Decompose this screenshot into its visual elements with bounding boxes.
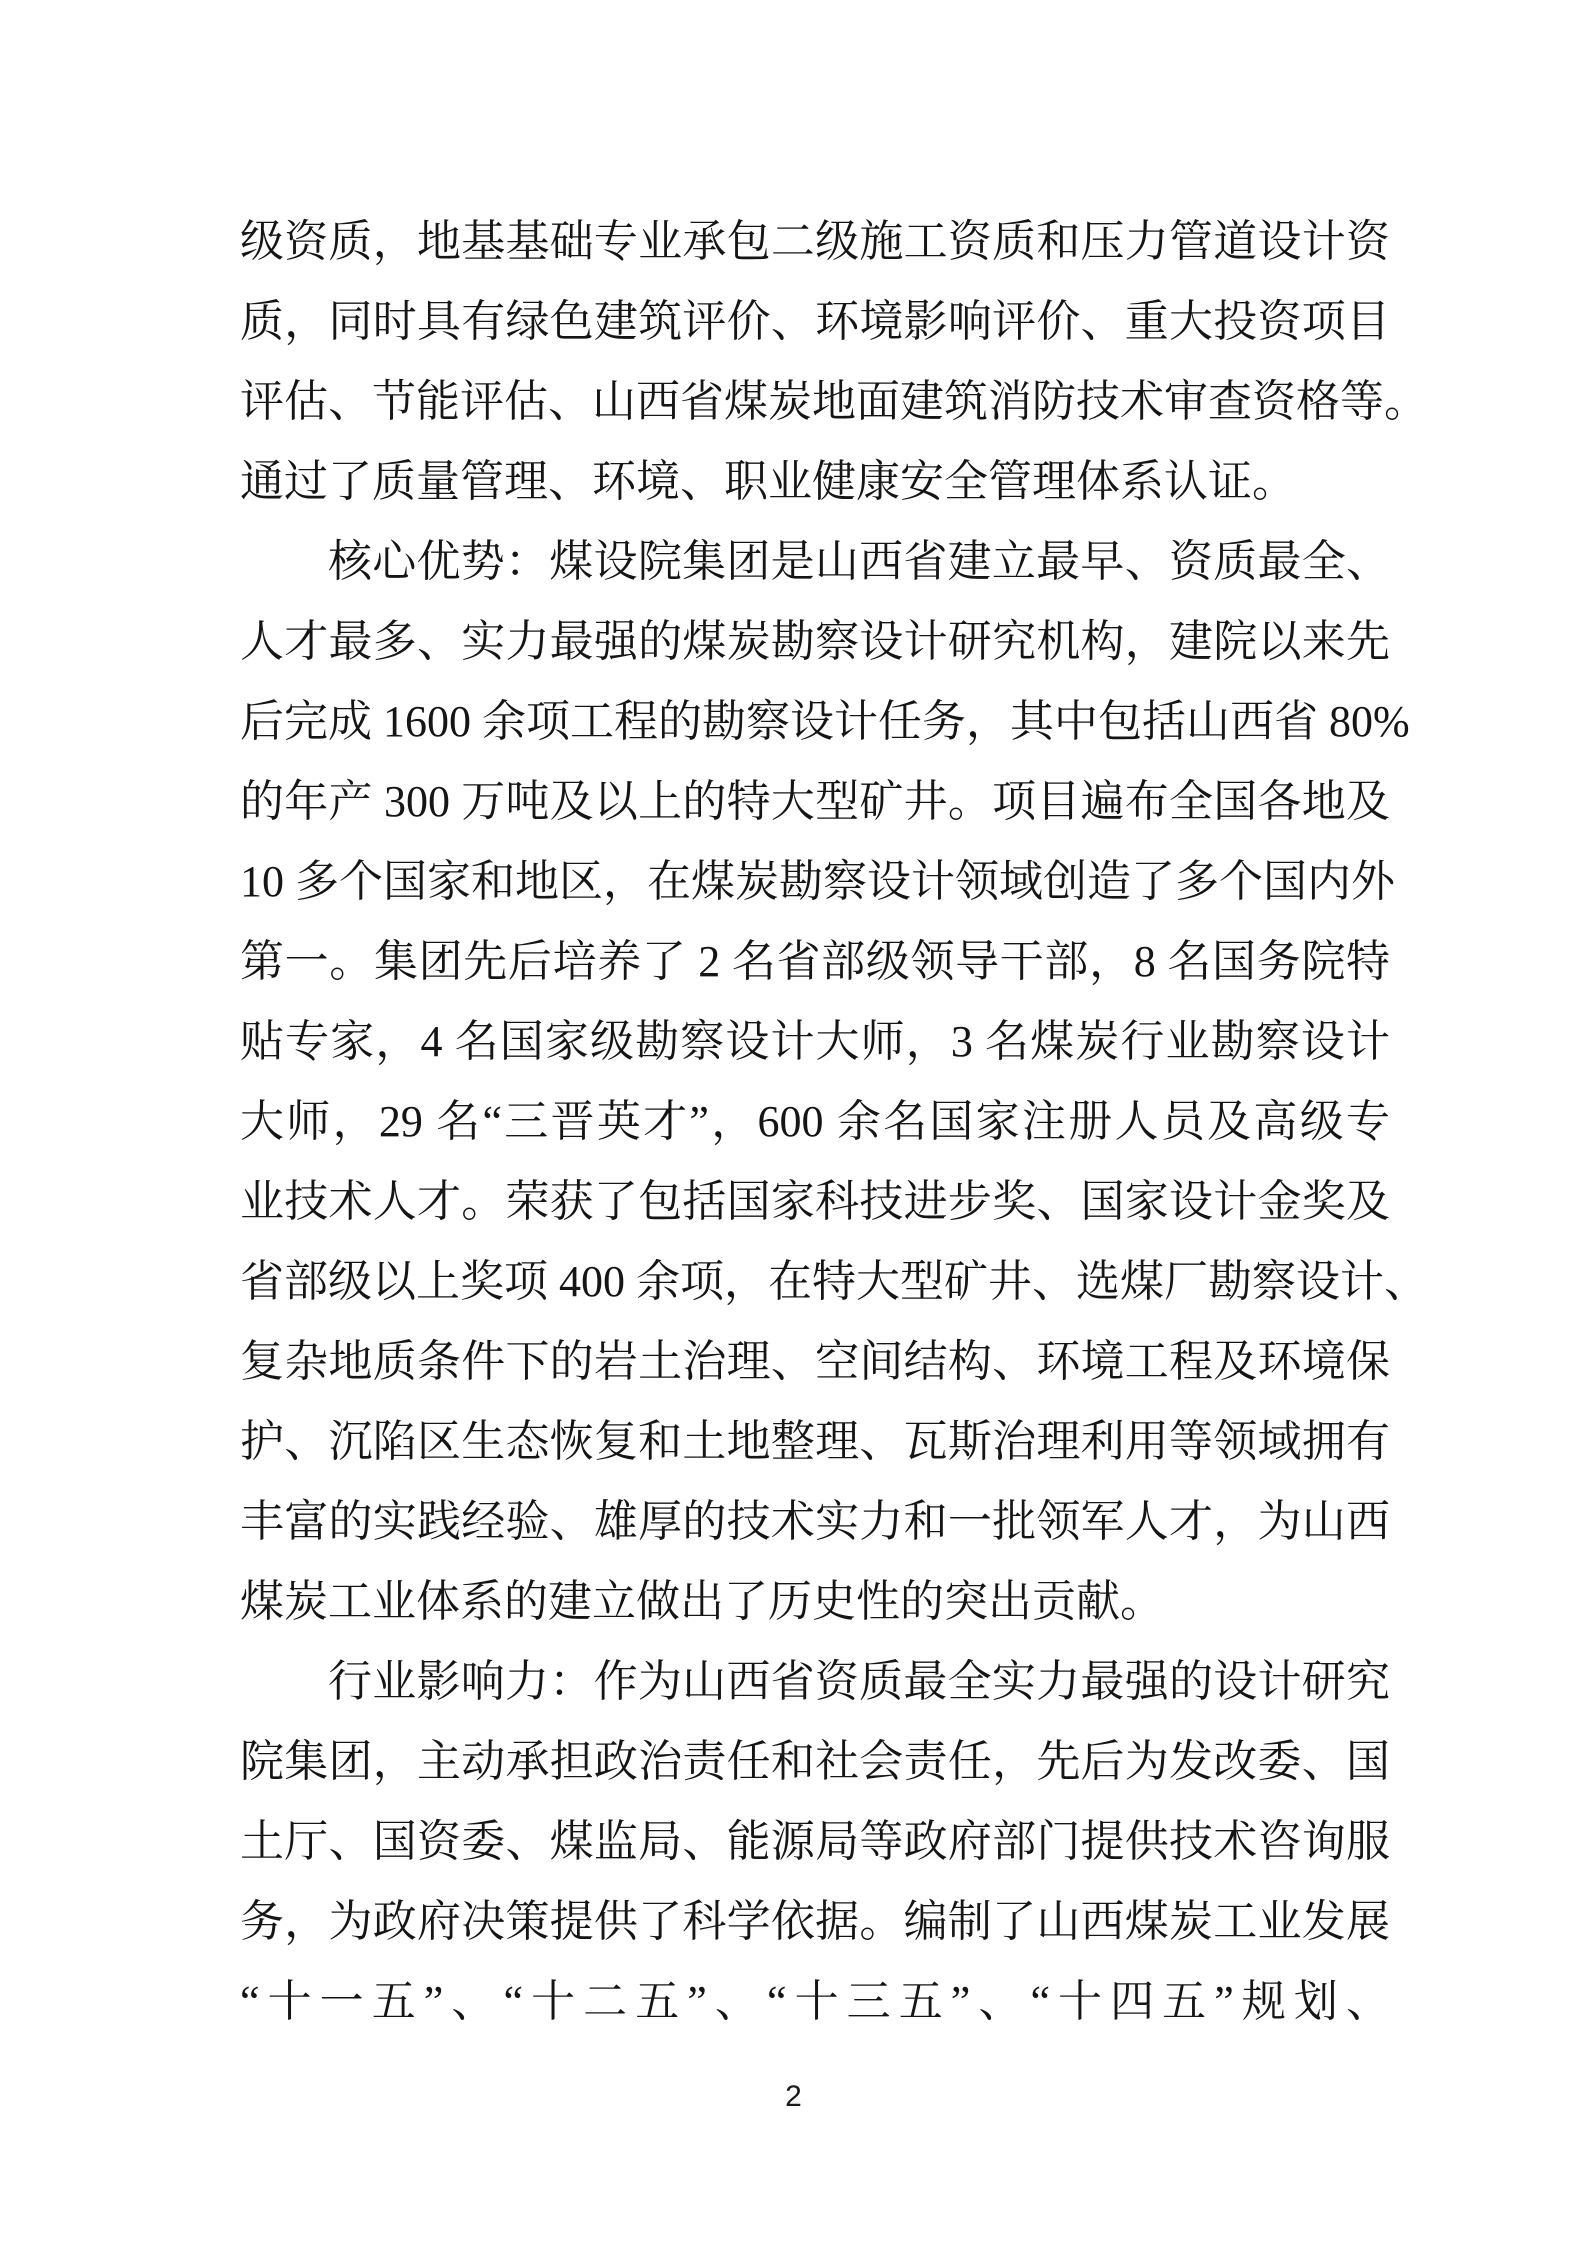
text-line: 省部级以上奖项 400 余项，在特大型矿井、选煤厂勘察设计、: [240, 1242, 1390, 1322]
text-line: 行业影响力：作为山西省资质最全实力最强的设计研究: [240, 1642, 1390, 1722]
text-line: 人才最多、实力最强的煤炭勘察设计研究机构，建院以来先: [240, 602, 1390, 682]
text-block: 级资质，地基基础专业承包二级施工资质和压力管道设计资质，同时具有绿色建筑评价、环…: [240, 202, 1390, 2042]
text-line: 土厅、国资委、煤监局、能源局等政府部门提供技术咨询服: [240, 1802, 1390, 1882]
text-line: 护、沉陷区生态恢复和土地整理、瓦斯治理利用等领域拥有: [240, 1402, 1390, 1482]
text-line: 级资质，地基基础专业承包二级施工资质和压力管道设计资: [240, 202, 1390, 282]
text-line: 核心优势：煤设院集团是山西省建立最早、资质最全、: [240, 522, 1390, 602]
text-line: 丰富的实践经验、雄厚的技术实力和一批领军人才，为山西: [240, 1482, 1390, 1562]
text-line: 质，同时具有绿色建筑评价、环境影响评价、重大投资项目: [240, 282, 1390, 362]
text-line: 大师，29 名“三晋英才”，600 余名国家注册人员及高级专: [240, 1082, 1390, 1162]
text-line: 院集团，主动承担政治责任和社会责任，先后为发改委、国: [240, 1722, 1390, 1802]
text-line: 评估、节能评估、山西省煤炭地面建筑消防技术审查资格等。: [240, 362, 1390, 442]
text-line: 第一。集团先后培养了 2 名省部级领导干部，8 名国务院特: [240, 922, 1390, 1002]
page-number: 2: [0, 2080, 1587, 2114]
text-line: 复杂地质条件下的岩土治理、空间结构、环境工程及环境保: [240, 1322, 1390, 1402]
document-page: 级资质，地基基础专业承包二级施工资质和压力管道设计资质，同时具有绿色建筑评价、环…: [0, 0, 1587, 2245]
text-line: 煤炭工业体系的建立做出了历史性的突出贡献。: [240, 1562, 1390, 1642]
text-line: 后完成 1600 余项工程的勘察设计任务，其中包括山西省 80%: [240, 682, 1390, 762]
text-line: 业技术人才。荣获了包括国家科技进步奖、国家设计金奖及: [240, 1162, 1390, 1242]
text-line: 10 多个国家和地区，在煤炭勘察设计领域创造了多个国内外: [240, 842, 1390, 922]
text-line: 务，为政府决策提供了科学依据。编制了山西煤炭工业发展: [240, 1882, 1390, 1962]
text-line: “十一五”、“十二五”、“十三五”、“十四五”规划、: [240, 1962, 1390, 2042]
text-line: 贴专家，4 名国家级勘察设计大师，3 名煤炭行业勘察设计: [240, 1002, 1390, 1082]
text-line: 的年产 300 万吨及以上的特大型矿井。项目遍布全国各地及: [240, 762, 1390, 842]
text-line: 通过了质量管理、环境、职业健康安全管理体系认证。: [240, 442, 1390, 522]
